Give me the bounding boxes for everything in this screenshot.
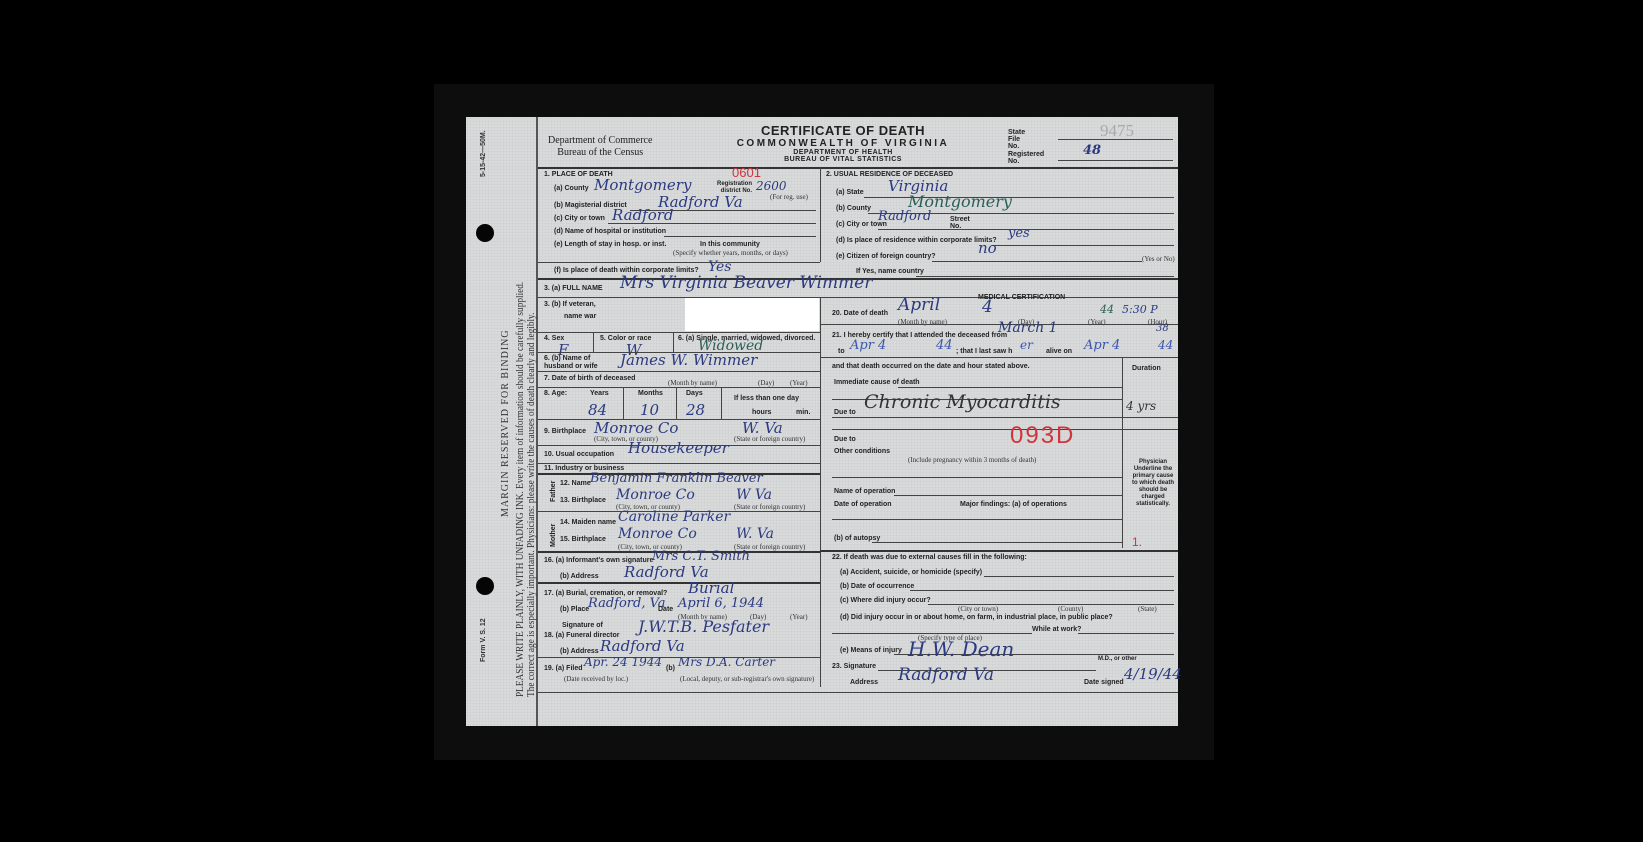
death-day: 4	[982, 297, 993, 317]
page-title: CERTIFICATE OF DEATH	[728, 123, 958, 138]
where-state-note: (State)	[1138, 605, 1157, 613]
director-address: Radford Va	[600, 637, 685, 655]
death-month: April	[898, 295, 940, 315]
dob-month-note: (Month by name)	[668, 379, 717, 387]
duration-1: 4 yrs	[1126, 399, 1156, 413]
years-label: Years	[590, 390, 609, 397]
filed-date: Apr. 24 1944	[584, 655, 662, 669]
hospital-label: (d) Name of hospital or institution	[554, 228, 666, 235]
age-months: 10	[640, 401, 659, 419]
mother-birth-city: Monroe Co	[618, 526, 697, 542]
date-signed-label: Date signed	[1084, 679, 1124, 686]
physician-address: Radford Va	[898, 665, 994, 685]
father-birth-label: 13. Birthplace	[560, 497, 606, 504]
mother-birth-label: 15. Birthplace	[560, 536, 606, 543]
attended-to: Apr 4	[850, 338, 886, 353]
where-label: (c) Where did injury occur?	[840, 597, 931, 604]
dept-line1: Department of Commerce	[548, 135, 652, 147]
print-code: 5-15-42—50M.	[480, 130, 487, 177]
citizen: no	[978, 239, 997, 257]
place-label: (b) Place	[560, 606, 589, 613]
mother-name-label: 14. Maiden name	[560, 519, 616, 526]
title-block: CERTIFICATE OF DEATH COMMONWEALTH OF VIR…	[728, 123, 958, 163]
death-time: 5:30 P	[1122, 303, 1158, 316]
punch-hole-top	[476, 224, 494, 242]
certificate-form: Department of Commerce Bureau of the Cen…	[538, 117, 1178, 726]
binding-note: MARGIN RESERVED FOR BINDING	[500, 329, 511, 517]
death-certificate: Form V. S. 12 5-15-42—50M. MARGIN RESERV…	[466, 117, 1178, 726]
alive-label: alive on	[1046, 348, 1072, 355]
res-corporate: yes	[1008, 226, 1030, 241]
dob-year-note: (Year)	[790, 379, 808, 387]
director-address-label: (b) Address	[560, 648, 599, 655]
last-saw-label: ; that I last saw h	[956, 348, 1012, 355]
filed-label: 19. (a) Filed	[544, 665, 583, 672]
registered-value: 48	[1083, 143, 1101, 158]
director-sig-label: Signature of	[562, 622, 603, 629]
autopsy-label: (b) of autopsy	[834, 535, 880, 542]
yes-no-note: (Yes or No)	[1142, 255, 1175, 263]
to-label: to	[838, 348, 845, 355]
dept-health: DEPARTMENT OF HEALTH	[728, 149, 958, 156]
margin-instruction-1: PLEASE WRITE PLAINLY, WITH UNFADING INK.…	[515, 282, 526, 697]
registrar-note: (Local, deputy, or sub-registrar's own s…	[680, 675, 814, 683]
informant-signature: Mrs C.T. Smith	[652, 549, 750, 564]
other-conditions-label: Other conditions	[834, 448, 890, 455]
due-to-label-1: Due to	[834, 409, 856, 416]
findings-label: Major findings: (a) of operations	[960, 501, 1067, 508]
specify-note: (Specify whether years, months, or days)	[673, 249, 788, 257]
op-date-label: Date of operation	[834, 501, 892, 508]
reg-district: 2600	[756, 179, 787, 193]
home-label: (d) Did injury occur in or about home, o…	[840, 614, 1113, 621]
alive-year: 44	[1158, 338, 1173, 352]
war-label: name war	[564, 313, 596, 320]
burial-year-note: (Year)	[790, 613, 808, 621]
funeral-director: J.W.T.B. Pesfater	[638, 617, 769, 636]
months-label: Months	[638, 390, 663, 397]
burial-date-label: Date	[658, 606, 673, 613]
father-name-label: 12. Name	[560, 480, 591, 487]
dept-line2: Bureau of the Census	[548, 147, 652, 159]
age-label: 8. Age:	[544, 390, 567, 397]
attended-from-year: 38	[1156, 323, 1169, 334]
death-city: Radford	[612, 206, 674, 224]
birthplace-label: 9. Birthplace	[544, 428, 586, 435]
form-number: Form V. S. 12	[480, 618, 487, 662]
citizen-label: (e) Citizen of foreign country?	[836, 253, 936, 260]
reg-use-note: (For reg. use)	[770, 193, 808, 201]
duration-label: Duration	[1132, 365, 1161, 372]
community-label: In this community	[700, 241, 760, 248]
stated-label: and that death occurred on the date and …	[832, 363, 1030, 370]
state-file-value: 9475	[1100, 121, 1134, 141]
margin-instruction-2: The correct age is especially important.…	[526, 313, 537, 697]
means-label: (e) Means of injury	[840, 647, 902, 654]
registrar-signature: Mrs D.A. Carter	[678, 655, 775, 669]
work-label: While at work?	[1032, 626, 1081, 633]
date-death-label: 20. Date of death	[832, 310, 888, 317]
commonwealth: COMMONWEALTH OF VIRGINIA	[728, 138, 958, 149]
days-label: Days	[686, 390, 703, 397]
cause-code-stamp: 093D	[1010, 422, 1075, 450]
accident-label: (a) Accident, suicide, or homicide (spec…	[840, 569, 982, 576]
dob-day-note: (Day)	[758, 379, 774, 387]
burial: Burial	[688, 579, 734, 597]
operation-label: Name of operation	[834, 488, 895, 495]
death-year: 44	[1100, 303, 1114, 316]
min-label: min.	[796, 409, 810, 416]
punch-hole-bottom	[476, 577, 494, 595]
state-file-label: State File No.	[1008, 129, 1025, 150]
burial-date: April 6, 1944	[678, 596, 764, 611]
pregnancy-note: (Include pregnancy within 3 months of de…	[908, 456, 1036, 464]
birth-state-note: (State or foreign country)	[734, 435, 805, 443]
due-to-label-2: Due to	[834, 436, 856, 443]
res-corporate-label: (d) Is place of residence within corpora…	[836, 237, 997, 244]
physician-signature: H.W. Dean	[908, 637, 1014, 661]
res-county-label: (b) County	[836, 205, 871, 212]
date-signed: 4/19/44	[1124, 665, 1182, 683]
burial-place: Radford, Va	[588, 596, 666, 611]
last-saw-pronoun: er	[1020, 338, 1033, 352]
occupation: Housekeeper	[628, 439, 729, 457]
dob-label: 7. Date of birth of deceased	[544, 375, 635, 382]
redaction-box	[685, 298, 819, 331]
attended-to-year: 44	[936, 338, 953, 353]
where-city-note: (City or town)	[958, 605, 998, 613]
mother-birth-state: W. Va	[736, 526, 774, 542]
spouse-label: 6. (b) Name of husband or wife	[544, 355, 606, 371]
mother-label: Mother	[550, 524, 557, 547]
md-label: M.D., or other	[1098, 656, 1138, 663]
binding-margin: Form V. S. 12 5-15-42—50M. MARGIN RESERV…	[466, 117, 538, 726]
cause-of-death: Chronic Myocarditis	[864, 391, 1061, 413]
death-county: Montgomery	[594, 176, 691, 194]
physician-address-label: Address	[850, 679, 878, 686]
hours-label: hours	[752, 409, 771, 416]
res-city: Radford	[878, 209, 931, 224]
occupation-label: 10. Usual occupation	[544, 451, 614, 458]
county-code-stamp: 0601	[732, 165, 761, 180]
physician-signature-label: 23. Signature	[832, 663, 876, 670]
mother-name: Caroline Parker	[618, 509, 730, 525]
father-birth-state: W Va	[736, 487, 772, 503]
veteran-label: 3. (b) If veteran,	[544, 301, 596, 308]
full-name: Mrs Virginia Beaver Wimmer	[620, 273, 872, 293]
less-day-label: If less than one day	[734, 395, 799, 402]
where-county-note: (County)	[1058, 605, 1083, 613]
father-birth-city: Monroe Co	[616, 487, 695, 503]
bureau: BUREAU OF VITAL STATISTICS	[728, 156, 958, 163]
street-label: Street No.	[950, 216, 970, 230]
city-label: (c) City or town	[554, 215, 605, 222]
registered-label: Registered No.	[1008, 151, 1044, 165]
registrar-label: (b)	[666, 665, 675, 672]
father-name: Benjamin Franklin Beaver	[590, 471, 763, 486]
full-name-label: 3. (a) FULL NAME	[544, 285, 603, 292]
physician-mark: 1.	[1132, 535, 1142, 549]
immediate-cause-label: Immediate cause of death	[834, 379, 920, 386]
father-label: Father	[550, 481, 557, 502]
spouse: James W. Wimmer	[620, 351, 757, 369]
external-heading: 22. If death was due to external causes …	[832, 554, 1027, 561]
dept-block: Department of Commerce Bureau of the Cen…	[548, 135, 652, 159]
res-state-label: (a) State	[836, 189, 864, 196]
age-days: 28	[686, 401, 705, 419]
attended-from: March 1	[998, 320, 1058, 336]
informant-address-label: (b) Address	[560, 573, 599, 580]
stay-label: (e) Length of stay in hosp. or inst.	[554, 241, 666, 248]
alive-date: Apr 4	[1084, 338, 1120, 353]
father-state-note: (State or foreign country)	[734, 503, 805, 511]
filed-note: (Date received by loc.)	[564, 675, 628, 683]
physician-note: Physician Underline the primary cause to…	[1130, 459, 1176, 508]
occurrence-label: (b) Date of occurrence	[840, 583, 914, 590]
county-label: (a) County	[554, 185, 589, 192]
age-years: 84	[588, 401, 607, 419]
